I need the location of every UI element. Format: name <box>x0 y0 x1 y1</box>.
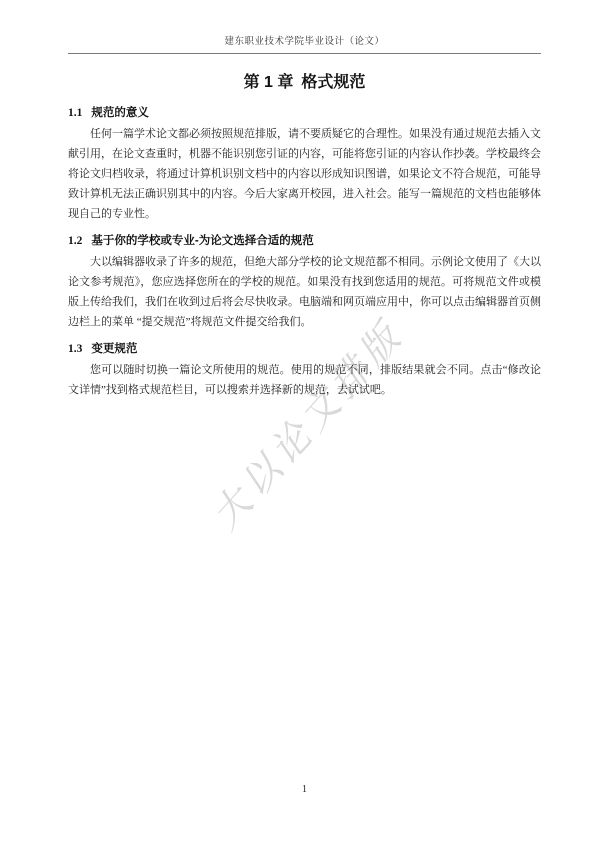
section-paragraph-1-3: 您可以随时切换一篇论文所使用的规范。使用的规范不同，排版结果就会不同。点击“修改… <box>68 360 541 400</box>
section-title: 变更规范 <box>91 343 137 355</box>
section-paragraph-1-2: 大以编辑器收录了许多的规范，但绝大部分学校的论文规范都不相同。示例论文使用了《大… <box>68 252 541 332</box>
section-title: 基于你的学校或专业-为论文选择合适的规范 <box>91 235 313 247</box>
document-page: 建东职业技术学院毕业设计（论文） 大以论文排版 第 1 章格式规范 1.1规范的… <box>0 0 595 842</box>
chapter-title: 第 1 章格式规范 <box>68 72 541 94</box>
section-number: 1.1 <box>68 107 82 119</box>
section-heading-1-3: 1.3变更规范 <box>68 340 541 358</box>
section-title: 规范的意义 <box>91 107 149 119</box>
section-number: 1.3 <box>68 343 82 355</box>
document-body: 第 1 章格式规范 1.1规范的意义 任何一篇学术论文都必须按照规范排版，请不要… <box>68 60 541 404</box>
section-paragraph-1-1: 任何一篇学术论文都必须按照规范排版，请不要质疑它的合理性。如果没有通过规范去插入… <box>68 124 541 224</box>
chapter-name: 格式规范 <box>301 74 365 91</box>
section-heading-1-2: 1.2基于你的学校或专业-为论文选择合适的规范 <box>68 232 541 250</box>
section-heading-1-1: 1.1规范的意义 <box>68 104 541 122</box>
page-number: 1 <box>68 783 541 797</box>
running-header: 建东职业技术学院毕业设计（论文） <box>68 36 541 54</box>
chapter-number: 第 1 章 <box>244 74 294 91</box>
section-number: 1.2 <box>68 235 82 247</box>
